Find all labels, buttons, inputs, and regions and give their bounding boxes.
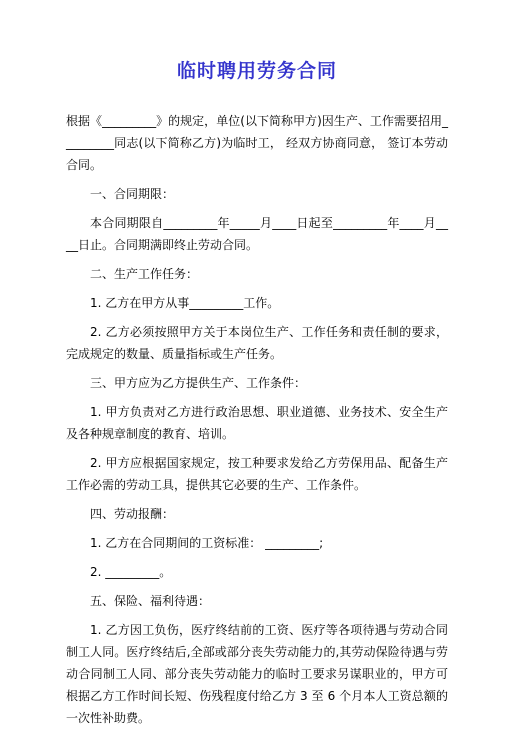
section-2-clause-2: 2. 乙方必须按照甲方关于本岗位生产、工作任务和责任制的要求，完成规定的数量、质… xyxy=(66,321,448,365)
section-4-heading: 四、劳动报酬： xyxy=(66,503,448,525)
section-4-clause-2: 2. _________。 xyxy=(66,561,448,583)
section-5-clause-1: 1. 乙方因工负伤，医疗终结前的工资、医疗等各项待遇与劳动合同制工人同。医疗终结… xyxy=(66,619,448,729)
section-1-clause: 本合同期限自_________年_____月____日起至_________年_… xyxy=(66,212,448,256)
paragraph-intro: 根据《_________》的规定，单位(以下简称甲方)因生产、工作需要招用___… xyxy=(66,110,448,176)
section-3-heading: 三、甲方应为乙方提供生产、工作条件： xyxy=(66,372,448,394)
section-4-clause-1: 1. 乙方在合同期间的工资标准： _________; xyxy=(66,532,448,554)
section-3-clause-2: 2. 甲方应根据国家规定，按工种要求发给乙方劳保用品、配备生产工作必需的劳动工具… xyxy=(66,452,448,496)
section-5-heading: 五、保险、福利待遇： xyxy=(66,590,448,612)
section-3-clause-1: 1. 甲方负责对乙方进行政治思想、职业道德、业务技术、安全生产及各种规章制度的教… xyxy=(66,401,448,445)
section-1-heading: 一、合同期限： xyxy=(66,183,448,205)
section-2-clause-1: 1. 乙方在甲方从事_________工作。 xyxy=(66,292,448,314)
document-title: 临时聘用劳务合同 xyxy=(66,58,448,84)
section-2-heading: 二、生产工作任务： xyxy=(66,263,448,285)
contract-document-page: 临时聘用劳务合同 根据《_________》的规定，单位(以下简称甲方)因生产、… xyxy=(0,0,514,731)
